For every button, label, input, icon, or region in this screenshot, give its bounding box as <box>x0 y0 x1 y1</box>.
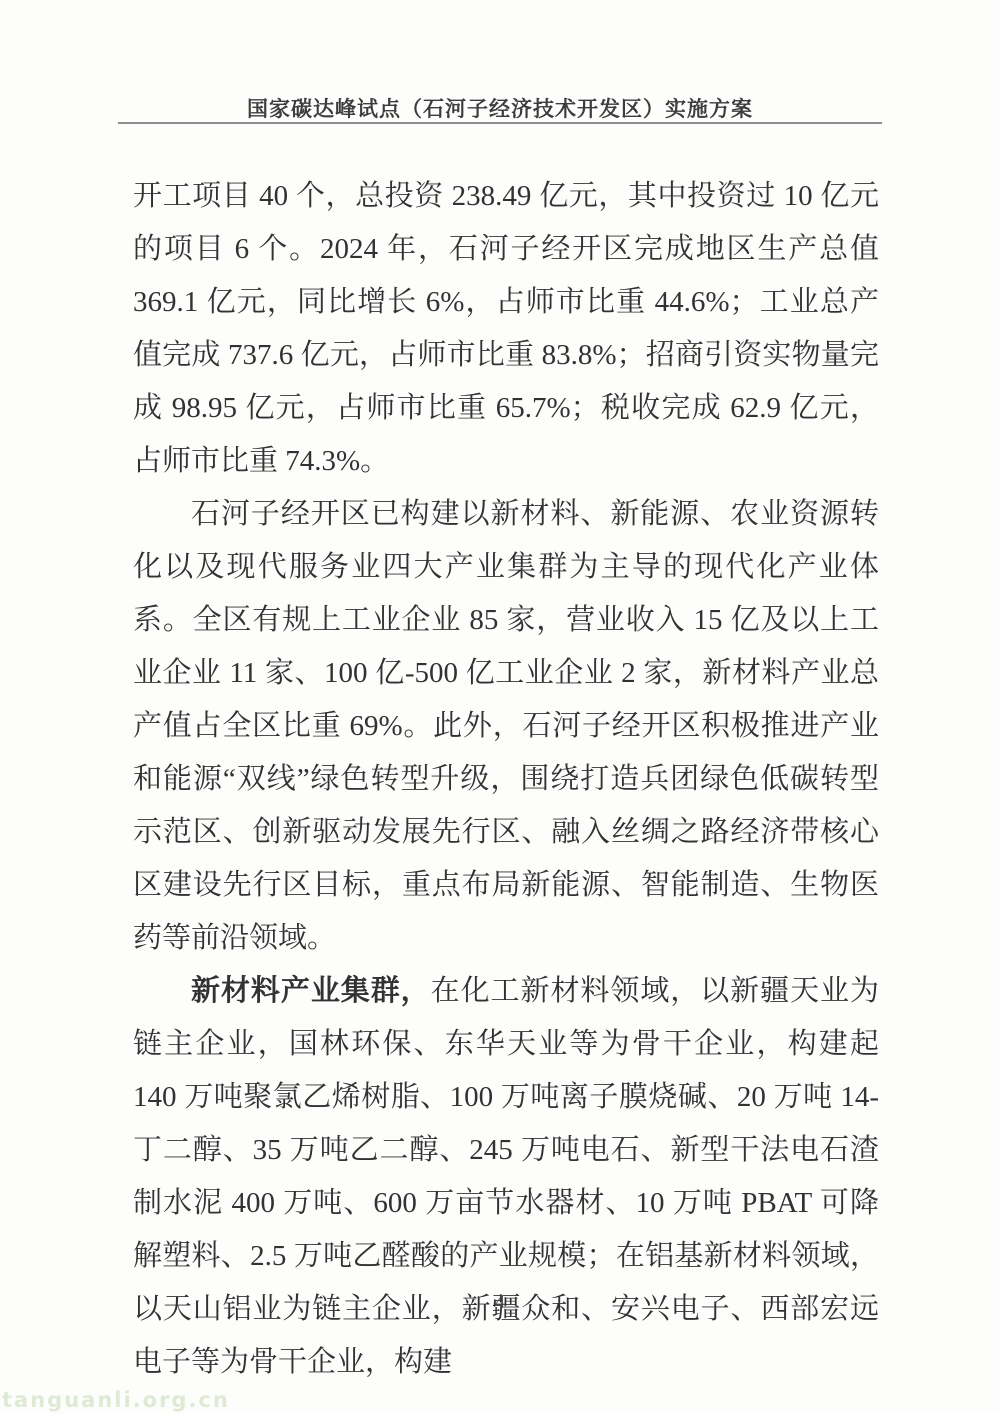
body-paragraph-1: 开工项目 40 个，总投资 238.49 亿元，其中投资过 10 亿元的项目 6… <box>133 170 879 488</box>
paragraph-lead-bold: 新材料产业集群， <box>191 975 431 1007</box>
page-number: 4 <box>0 1291 1000 1314</box>
paragraph-body-text: 在化工新材料领域，以新疆天业为链主企业，国林环保、东华天业等为骨干企业，构建起 … <box>133 975 879 1378</box>
document-page: 国家碳达峰试点（石河子经济技术开发区）实施方案 开工项目 40 个，总投资 23… <box>0 0 1000 1414</box>
page-header-title: 国家碳达峰试点（石河子经济技术开发区）实施方案 <box>0 93 1000 123</box>
header-divider <box>118 122 882 124</box>
document-body: 开工项目 40 个，总投资 238.49 亿元，其中投资过 10 亿元的项目 6… <box>133 170 879 1389</box>
watermark-text: tanguanli.org.cn <box>2 1388 230 1412</box>
body-paragraph-3: 新材料产业集群，在化工新材料领域，以新疆天业为链主企业，国林环保、东华天业等为骨… <box>133 965 879 1389</box>
body-paragraph-2: 石河子经开区已构建以新材料、新能源、农业资源转化以及现代服务业四大产业集群为主导… <box>133 488 879 965</box>
